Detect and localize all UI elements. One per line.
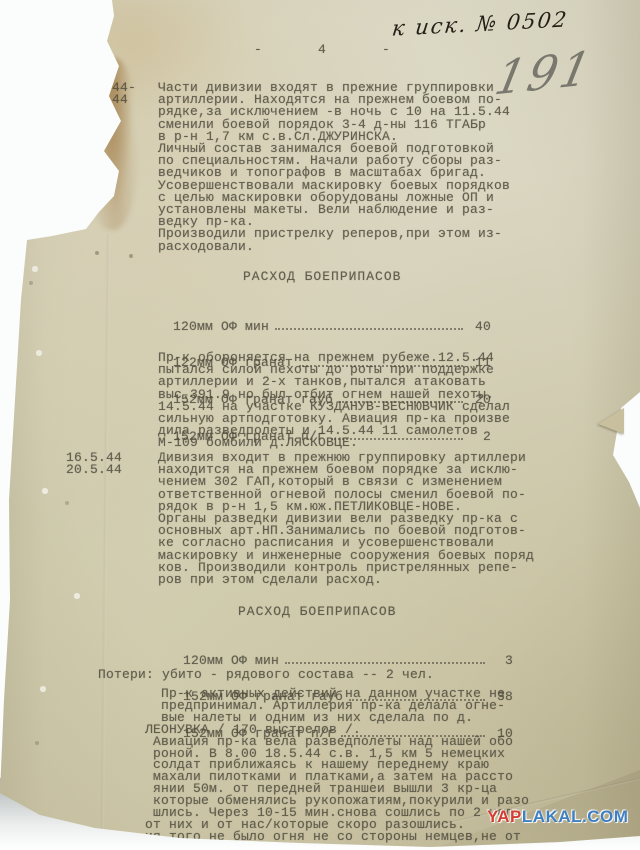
pencil-page-number: 191: [490, 40, 598, 106]
paper-specks: [0, 0, 2, 2]
entry1-date-range: 11.5.44- 15.5.44: [72, 82, 136, 106]
entry1-body-text: Части дивизии входят в прежние группиров…: [158, 82, 562, 253]
ammo-row: 120мм ОФ мин 40: [173, 320, 491, 332]
ammo-row: 120мм ОФ мин 3: [183, 654, 513, 666]
document-paper-sheet: - 4 - 11.5.44- 15.5.44 Части дивизии вхо…: [0, 0, 640, 850]
losses-line: Потери: убито - рядового состава -- 2 че…: [98, 669, 434, 681]
vertical-fold-crease: [101, 234, 110, 840]
ammo-expenditure-heading-1: РАСХОД БОЕПРИПАСОВ: [243, 271, 401, 283]
ammo-value: 40: [469, 321, 491, 333]
entry2-date-range: 16.5.44 20.5.44: [66, 452, 122, 476]
ammo-expenditure-heading-2: РАСХОД БОЕПРИПАСОВ: [238, 606, 396, 618]
enemy-activity-paragraph-1: Пр-к обороняется на прежнем рубеже.12.5.…: [158, 352, 562, 450]
watermark-red-part: YAP: [487, 807, 522, 826]
page-number-header: - 4 -: [162, 44, 482, 56]
ammo-value: 3: [491, 655, 513, 667]
site-watermark: YAPLAKAL.COM: [487, 807, 628, 827]
ammo-label: 120мм ОФ мин: [173, 321, 269, 333]
entry2-body-text: Дивизия входит в прежнюю группировку арт…: [158, 452, 570, 586]
ammo-label: 120мм ОФ мин: [183, 655, 279, 667]
curled-edge-flap: [598, 408, 624, 434]
dot-leader: [285, 662, 485, 664]
dot-leader: [275, 328, 463, 330]
watermark-blue-part: LAKAL.COM: [522, 807, 628, 826]
